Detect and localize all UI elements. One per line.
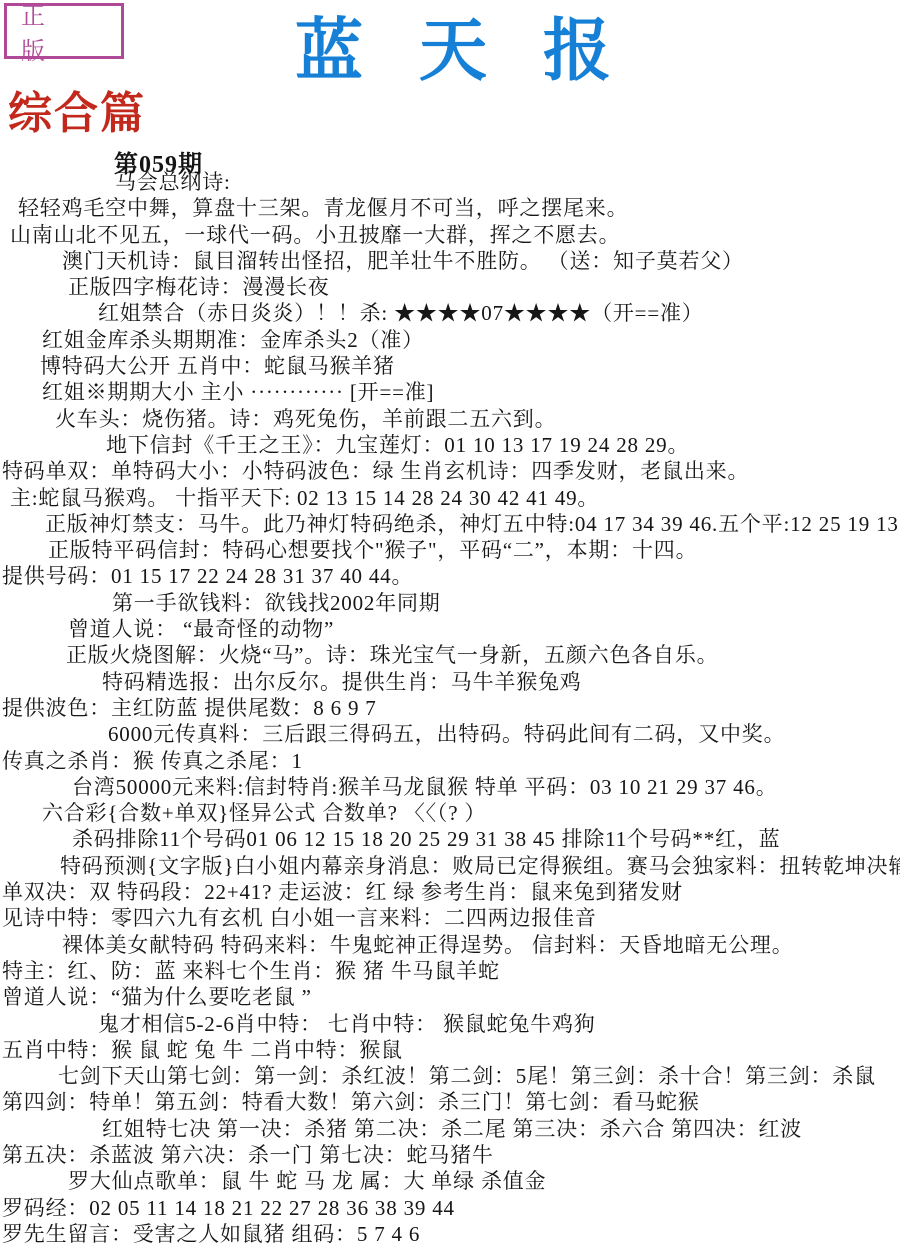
text-line: 单双决：双 特码段：22+41? 走运波：红 绿 参考生肖：鼠来兔到猪发财 (0, 879, 900, 905)
text-line: 正版特平码信封：特码心想要找个"猴子"，平码“二”，本期：十四。 (0, 537, 900, 563)
text-line: 曾道人说： “最奇怪的动物” (0, 616, 900, 642)
page-title: 蓝天报 (295, 14, 667, 89)
text-line: 地下信封《千王之王》：九宝莲灯：01 10 13 17 19 24 28 29。 (0, 432, 900, 458)
text-line: 红姐特七决 第一决：杀猪 第二决：杀二尾 第三决：杀六合 第四决：红波 (0, 1116, 900, 1142)
text-line: 澳门天机诗：鼠目溜转出怪招，肥羊壮牛不胜防。 （送：知子莫若父） (0, 248, 900, 274)
text-line: 鬼才相信5-2-6肖中特： 七肖中特： 猴鼠蛇兔牛鸡狗 (0, 1011, 900, 1037)
text-line: 曾道人说：“猫为什么要吃老鼠 ” (0, 984, 900, 1010)
text-line: 六合彩{合数+单双}怪异公式 合数单? 〈〈（? ） (0, 800, 900, 826)
text-line: 正版火烧图解：火烧“马”。诗：珠光宝气一身新，五颜六色各自乐。 (0, 642, 900, 668)
text-line: 特码精选报：出尔反尔。提供生肖：马牛羊猴兔鸡 (0, 669, 900, 695)
text-line: 杀码排除11个号码01 06 12 15 18 20 25 29 31 38 4… (0, 826, 900, 852)
text-line: 博特码大公开 五肖中：蛇鼠马猴羊猪 (0, 353, 900, 379)
text-line: 6000元传真料：三后跟三得码五，出特码。特码此间有二码，又中奖。 (0, 721, 900, 747)
text-line: 特码单双：单特码大小：小特码波色：绿 生肖玄机诗：四季发财，老鼠出来。 (0, 458, 900, 484)
text-line: 轻轻鸡毛空中舞，算盘十三架。青龙偃月不可当，呼之摆尾来。 (0, 195, 900, 221)
text-line: 正版神灯禁支：马牛。此乃神灯特码绝杀，神灯五中特:04 17 34 39 46.… (0, 511, 900, 537)
text-line: 第一手欲钱料：欲钱找2002年同期 (0, 590, 900, 616)
edition-badge: 正 版 (4, 3, 124, 59)
text-line: 五肖中特：猴 鼠 蛇 兔 牛 二肖中特：猴鼠 (0, 1037, 900, 1063)
text-line: 红姐金库杀头期期准：金库杀头2（准） (0, 327, 900, 353)
newspaper-page: 正 版 蓝天报 综合篇 第059期 马会总纲诗:轻轻鸡毛空中舞，算盘十三架。青龙… (0, 0, 900, 1243)
section-title: 综合篇 (8, 88, 146, 141)
text-line: 罗先生留言：受害之人如鼠猪 组码：5 7 4 6 (0, 1221, 900, 1243)
text-line: 马会总纲诗: (0, 169, 900, 195)
text-line: 红姐※期期大小 主小 ············ [开==准] (0, 379, 900, 405)
content-lines: 马会总纲诗:轻轻鸡毛空中舞，算盘十三架。青龙偃月不可当，呼之摆尾来。山南山北不见… (0, 169, 900, 1243)
text-line: 传真之杀肖：猴 传真之杀尾：1 (0, 748, 900, 774)
text-line: 红姐禁合（赤日炎炎）！！杀: ★★★★07★★★★（开==准） (0, 300, 900, 326)
text-line: 裸体美女献特码 特码来料：牛鬼蛇神正得逞势。 信封料：天昏地暗无公理。 (0, 932, 900, 958)
text-line: 第四剑：特单！第五剑：特看大数！第六剑：杀三门！第七剑：看马蛇猴 (0, 1089, 900, 1115)
text-line: 提供号码：01 15 17 22 24 28 31 37 40 44。 (0, 563, 900, 589)
text-line: 罗码经：02 05 11 14 18 21 22 27 28 36 38 39 … (0, 1195, 900, 1221)
text-line: 第五决：杀蓝波 第六决：杀一门 第七决：蛇马猪牛 (0, 1142, 900, 1168)
text-line: 主:蛇鼠马猴鸡。 十指平天下: 02 13 15 14 28 24 30 42 … (0, 485, 900, 511)
text-line: 特主：红、防：蓝 来料七个生肖：猴 猪 牛马鼠羊蛇 (0, 958, 900, 984)
text-line: 正版四字梅花诗：漫漫长夜 (0, 274, 900, 300)
text-line: 罗大仙点歌单：鼠 牛 蛇 马 龙 属：大 单绿 杀值金 (0, 1168, 900, 1194)
text-line: 见诗中特：零四六九有玄机 白小姐一言来料：二四两边报佳音 (0, 905, 900, 931)
text-line: 特码预测{文字版}白小姐内幕亲身消息：败局已定得猴组。赛马会独家料：扭转乾坤决输… (0, 853, 900, 879)
text-line: 山南山北不见五，一球代一码。小丑披靡一大群，挥之不愿去。 (0, 222, 900, 248)
text-line: 提供波色：主红防蓝 提供尾数：8 6 9 7 (0, 695, 900, 721)
text-line: 火车头：烧伤猪。诗：鸡死兔伤，羊前跟二五六到。 (0, 406, 900, 432)
text-line: 七剑下天山第七剑：第一剑：杀红波！第二剑：5尾！第三剑：杀十合！第三剑：杀鼠 (0, 1063, 900, 1089)
text-line: 台湾50000元来料:信封特肖:猴羊马龙鼠猴 特单 平码：03 10 21 29… (0, 774, 900, 800)
